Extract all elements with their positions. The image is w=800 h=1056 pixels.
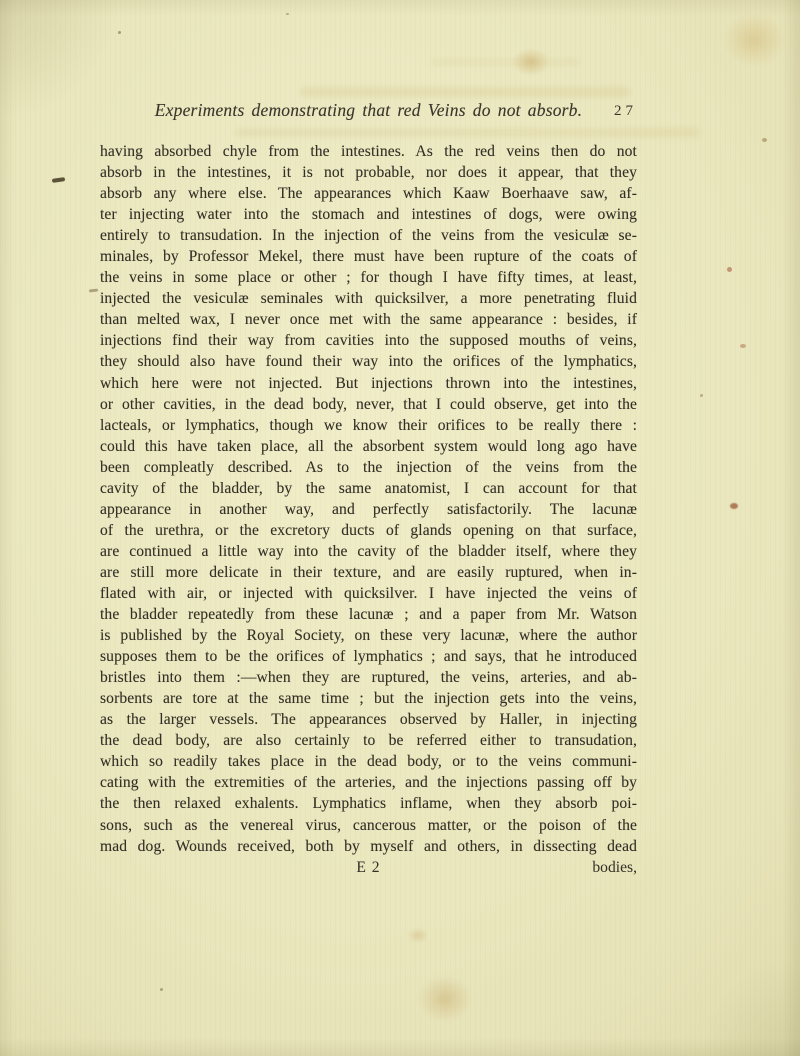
body-text-line: of the urethra, or the excretory ducts o…	[100, 520, 637, 541]
body-text: having absorbed chyle from the intestine…	[100, 141, 637, 878]
body-text-line: which so readily takes place in the dead…	[100, 751, 637, 772]
body-text-line: cating with the extremities of the arter…	[100, 772, 637, 793]
body-text-line: is published by the Royal Society, on th…	[100, 625, 637, 646]
body-text-line: having absorbed chyle from the intestine…	[100, 141, 637, 162]
body-text-line: as the larger vessels. The appearances o…	[100, 709, 637, 730]
body-text-line: the bladder repeatedly from these lacunæ…	[100, 604, 637, 625]
body-text-line: than melted wax, I never once met with t…	[100, 309, 637, 330]
paper-stain	[408, 928, 428, 943]
paper-stain	[727, 267, 732, 272]
ink-showthrough	[300, 87, 630, 97]
body-text-line: absorb any where else. The appearances w…	[100, 183, 637, 204]
body-text-line: supposes them to be the orifices of lymp…	[100, 646, 637, 667]
body-text-line: the then relaxed exhalents. Lymphatics i…	[100, 793, 637, 814]
paper-mark	[52, 177, 65, 183]
body-text-line: ter injecting water into the stomach and…	[100, 204, 637, 225]
paper-speck	[160, 988, 163, 991]
ink-showthrough	[430, 58, 580, 66]
body-text-line: mad dog. Wounds received, both by myself…	[100, 836, 637, 857]
body-text-line: the veins in some place or other ; for t…	[100, 267, 637, 288]
body-text-line: the dead body, are also certainly to be …	[100, 730, 637, 751]
paper-speck	[118, 31, 121, 34]
paper-speck	[286, 13, 289, 15]
body-text-line: injected the vesiculæ seminales with qui…	[100, 288, 637, 309]
body-text-line: been compleatly described. As to the inj…	[100, 457, 637, 478]
body-text-line: entirely to transudation. In the injecti…	[100, 225, 637, 246]
page-header-title: Experiments demonstrating that red Veins…	[100, 100, 637, 121]
page-header: Experiments demonstrating that red Veins…	[100, 100, 637, 126]
book-page: Experiments demonstrating that red Veins…	[0, 0, 800, 1056]
body-text-line: flated with air, or injected with quicks…	[100, 583, 637, 604]
body-text-line: bristles into them :—when they are ruptu…	[100, 667, 637, 688]
paper-mark	[89, 289, 98, 293]
paper-stain	[418, 976, 472, 1022]
paper-stain	[730, 503, 738, 509]
body-text-line: which here were not injected. But inject…	[100, 373, 637, 394]
body-text-line: are still more delicate in their texture…	[100, 562, 637, 583]
page-number: 27	[614, 103, 637, 120]
body-text-line: sorbents are tore at the same time ; but…	[100, 688, 637, 709]
paper-stain	[513, 48, 549, 76]
paper-stain	[762, 138, 767, 142]
body-text-line: or other cavities, in the dead body, nev…	[100, 394, 637, 415]
ink-showthrough	[235, 128, 700, 137]
catchword: bodies,	[592, 857, 637, 878]
body-text-line: are continued a little way into the cavi…	[100, 541, 637, 562]
paper-stain	[723, 14, 785, 66]
body-text-line: absorb in the intestines, it is not prob…	[100, 162, 637, 183]
body-text-line: lacteals, or lymphatics, though we know …	[100, 415, 637, 436]
paper-speck	[700, 394, 703, 397]
body-text-line: injections find their way from cavities …	[100, 330, 637, 351]
catch-line: E 2 bodies,	[100, 857, 637, 878]
body-text-line: could this have taken place, all the abs…	[100, 436, 637, 457]
signature-mark: E 2	[100, 857, 637, 878]
body-text-line: cavity of the bladder, by the same anato…	[100, 478, 637, 499]
body-text-line: sons, such as the venereal virus, cancer…	[100, 815, 637, 836]
body-text-line: appearance in another way, and perfectly…	[100, 499, 637, 520]
body-text-line: minales, by Professor Mekel, there must …	[100, 246, 637, 267]
body-text-line: they should also have found their way in…	[100, 351, 637, 372]
paper-stain	[740, 344, 746, 348]
